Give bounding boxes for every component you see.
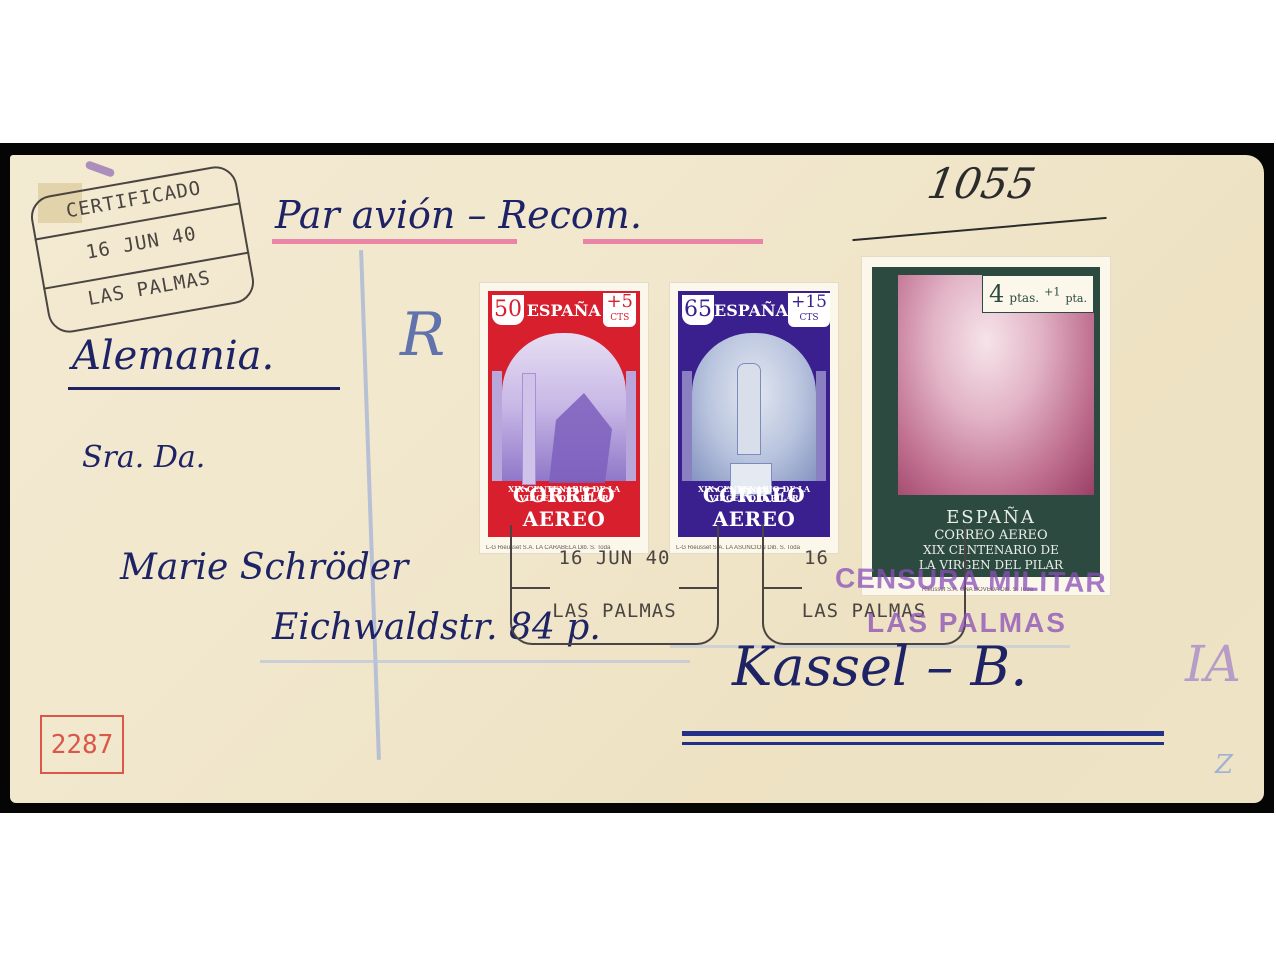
cancel-postmark-1-place: LAS PALMAS bbox=[512, 600, 717, 622]
stamp-2-country: ESPAÑA bbox=[714, 301, 788, 320]
pencil-mark-z: Z bbox=[1215, 750, 1233, 780]
stamp-2-unit: CTS bbox=[799, 313, 818, 323]
cancel-postmark-1-date: 16 JUN 40 bbox=[512, 547, 717, 569]
stamp-2-vignette-relief bbox=[692, 333, 816, 481]
number-underline bbox=[852, 217, 1106, 241]
stamp-1-unit: CTS bbox=[610, 313, 629, 323]
pink-underline-1 bbox=[272, 239, 517, 244]
country-underline bbox=[68, 387, 340, 390]
blue-crayon-line-horizontal bbox=[260, 660, 690, 663]
numbered-label-box: 2287 bbox=[40, 715, 124, 774]
destination-country: Alemania. bbox=[72, 333, 274, 379]
stamp-3-surcharge: +1 bbox=[1044, 286, 1060, 299]
stamp-50-cts: 50 ESPAÑA +5CTS XIX CENTENARIO DE LAVIRG… bbox=[480, 283, 648, 553]
violet-mark bbox=[85, 160, 116, 178]
stamp-65-cts: 65 ESPAÑA +15CTS XIX CENTENARIO DE LAVIR… bbox=[670, 283, 838, 553]
city-underline-1 bbox=[682, 731, 1164, 736]
stamp-2-caption-3: CORREO AEREO bbox=[678, 483, 830, 531]
label-number: 2287 bbox=[51, 730, 114, 760]
censor-cachet: CENSURA MILITAR LAS PALMAS bbox=[835, 565, 1135, 639]
stamp-1-surcharge: +5 bbox=[606, 295, 633, 309]
censor-line-1: CENSURA MILITAR bbox=[835, 562, 1136, 599]
stamp-1-vignette-ship-and-pillar bbox=[502, 333, 626, 481]
registration-postmark-date: 16 JUN 40 bbox=[39, 214, 245, 271]
stamp-3-value: 4 bbox=[989, 280, 1004, 308]
service-endorsement: Par avión – Recom. bbox=[275, 193, 642, 237]
stamp-1-country: ESPAÑA bbox=[527, 301, 601, 320]
pink-underline-2 bbox=[583, 239, 763, 244]
stamp-2-value: 65 bbox=[682, 295, 714, 325]
stamp-1-caption-3: CORREO AEREO bbox=[488, 483, 640, 531]
stamp-2-surcharge: +15 bbox=[791, 295, 827, 309]
city-underline-2 bbox=[682, 742, 1164, 745]
blue-crayon-line bbox=[359, 250, 381, 760]
stamp-1-value: 50 bbox=[492, 295, 524, 325]
stamp-3-surcharge-unit: pta. bbox=[1065, 292, 1087, 305]
addressee-city: Kassel – B. bbox=[732, 635, 1027, 698]
salutation: Sra. Da. bbox=[82, 440, 205, 475]
pencil-mark-ia: IA bbox=[1185, 635, 1241, 693]
stamp-3-value-unit: ptas. bbox=[1009, 291, 1039, 305]
cancel-postmark-1: 16 JUN 40 LAS PALMAS bbox=[510, 525, 719, 645]
envelope: CERTIFICADO 16 JUN 40 LAS PALMAS Par avi… bbox=[10, 155, 1264, 803]
item-number: 1055 bbox=[924, 159, 1040, 208]
blue-crayon-mark: R bbox=[400, 300, 445, 370]
addressee-name: Marie Schröder bbox=[120, 547, 408, 588]
